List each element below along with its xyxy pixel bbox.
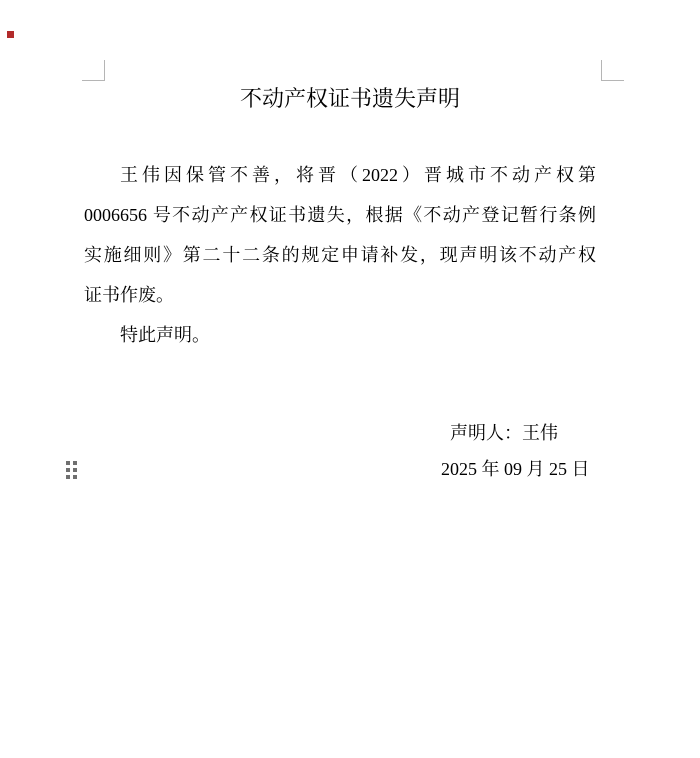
body-text-line[interactable]: 特此声明。 bbox=[84, 315, 596, 355]
drag-handle-icon[interactable] bbox=[66, 461, 77, 479]
margin-crop-mark-top-right-icon bbox=[601, 60, 624, 81]
signature-line[interactable]: 声明人：王伟 bbox=[450, 421, 558, 445]
date-line[interactable]: 2025 年 09 月 25 日 bbox=[441, 457, 590, 481]
handle-dot bbox=[73, 475, 77, 479]
handle-dot bbox=[66, 461, 70, 465]
document-body[interactable]: 王伟因保管不善，将晋（2022）晋城市不动产权第0006656 号不动产产权证书… bbox=[84, 155, 596, 355]
handle-dot bbox=[73, 461, 77, 465]
document-page[interactable]: 不动产权证书遗失声明 王伟因保管不善，将晋（2022）晋城市不动产权第00066… bbox=[0, 0, 700, 758]
red-cursor-marker bbox=[7, 31, 14, 38]
document-title[interactable]: 不动产权证书遗失声明 bbox=[0, 82, 700, 113]
handle-dot bbox=[73, 468, 77, 472]
body-text-line[interactable]: 实施细则》第二十二条的规定申请补发，现声明该不动产权 bbox=[84, 235, 596, 275]
body-text-line[interactable]: 王伟因保管不善，将晋（2022）晋城市不动产权第 bbox=[84, 155, 596, 195]
body-text-line[interactable]: 证书作废。 bbox=[84, 275, 596, 315]
handle-dot bbox=[66, 475, 70, 479]
body-text-line[interactable]: 0006656 号不动产产权证书遗失，根据《不动产登记暂行条例 bbox=[84, 195, 596, 235]
margin-crop-mark-top-left-icon bbox=[82, 60, 105, 81]
handle-dot bbox=[66, 468, 70, 472]
